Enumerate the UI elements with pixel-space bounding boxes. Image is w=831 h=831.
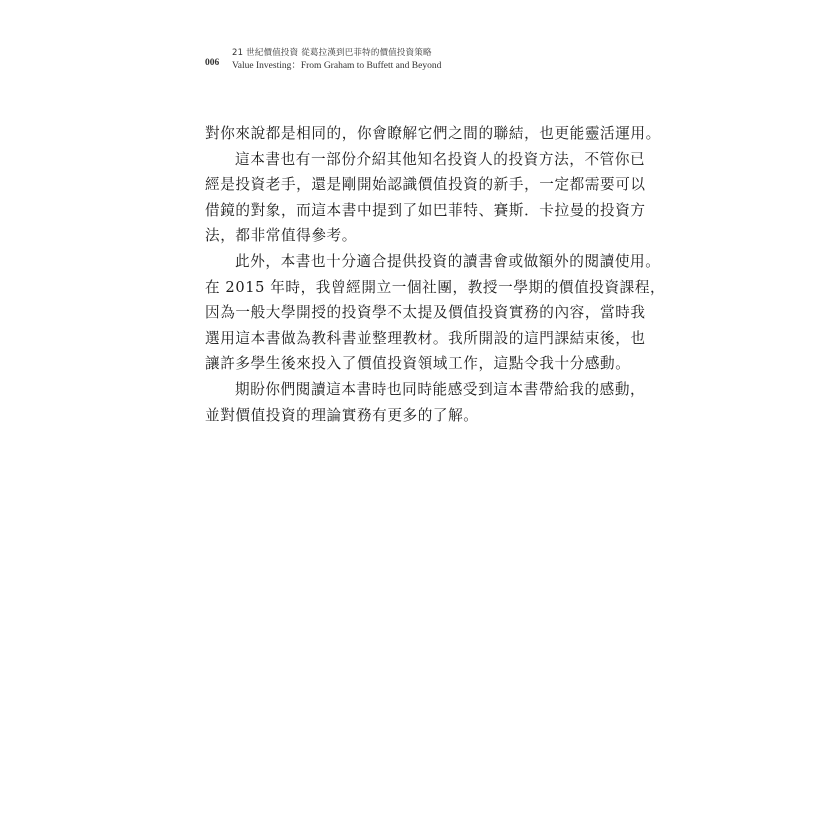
book-title-english: Value Investing：From Graham to Buffett a…	[232, 57, 441, 71]
text-line: 這本書也有一部份介紹其他知名投資人的投資方法，不管你已	[205, 147, 629, 173]
text-line: 法，都非常值得參考。	[205, 223, 629, 249]
text-line: 此外，本書也十分適合提供投資的讀書會或做額外的閱讀使用。	[205, 249, 629, 275]
page-number: 006	[205, 58, 219, 68]
text-line: 在 2015 年時，我曾經開立一個社團，教授一學期的價值投資課程，	[205, 275, 629, 301]
text-line: 對你來說都是相同的，你會瞭解它們之間的聯結，也更能靈活運用。	[205, 121, 629, 147]
book-page: 006 21 世紀價值投資 從葛拉漢到巴菲特的價值投資策略 Value Inve…	[0, 0, 831, 831]
text-line: 並對價值投資的理論實務有更多的了解。	[205, 403, 629, 429]
body-text: 對你來說都是相同的，你會瞭解它們之間的聯結，也更能靈活運用。 這本書也有一部份介…	[205, 121, 629, 428]
text-line: 借鏡的對象，而這本書中提到了如巴菲特、賽斯．卡拉曼的投資方	[205, 198, 629, 224]
text-line: 因為一般大學開授的投資學不太提及價值投資實務的內容，當時我	[205, 300, 629, 326]
text-line: 期盼你們閱讀這本書時也同時能感受到這本書帶給我的感動，	[205, 377, 629, 403]
text-line: 經是投資老手，還是剛開始認識價值投資的新手，一定都需要可以	[205, 172, 629, 198]
running-header: 006 21 世紀價值投資 從葛拉漢到巴菲特的價值投資策略 Value Inve…	[205, 46, 605, 70]
text-line: 讓許多學生後來投入了價值投資領域工作，這點令我十分感動。	[205, 351, 629, 377]
text-line: 選用這本書做為教科書並整理教材。我所開設的這門課結束後，也	[205, 326, 629, 352]
